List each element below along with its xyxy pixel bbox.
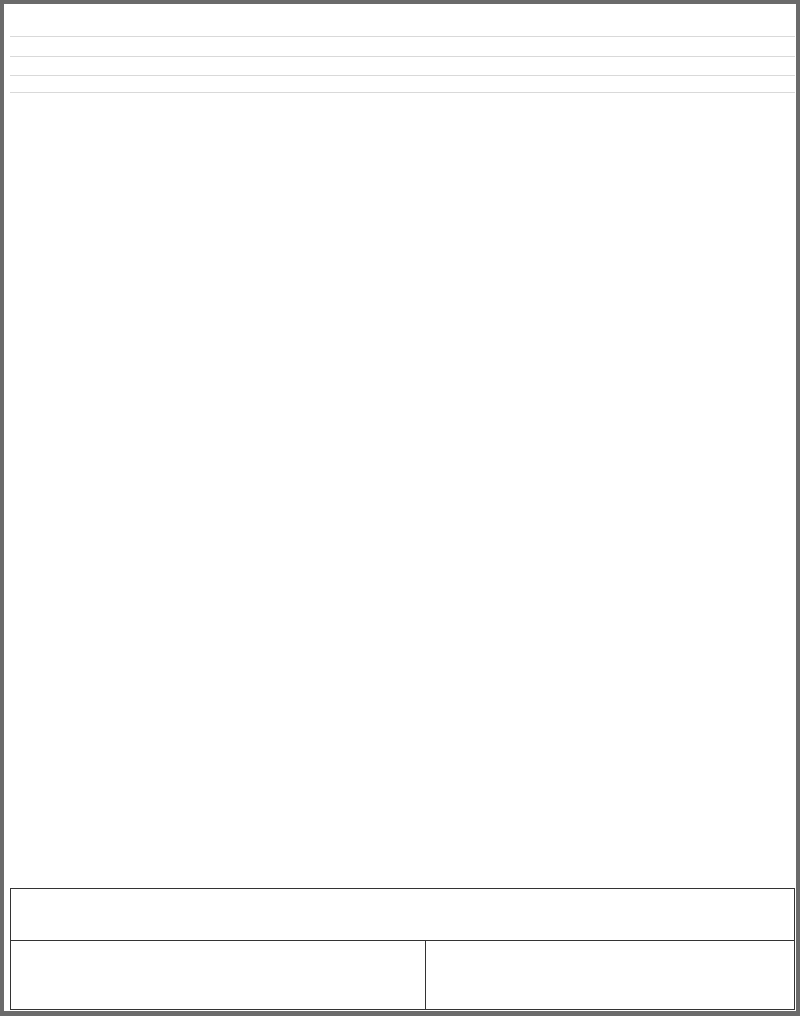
taxpayer-name-input[interactable] <box>100 76 610 92</box>
header-services-ytd <box>703 129 795 144</box>
footer-left-box <box>10 940 426 1010</box>
gridline <box>10 36 795 37</box>
header-services-current <box>517 129 612 144</box>
image-frame <box>0 0 800 1016</box>
footer-right-box <box>425 940 795 1010</box>
gridline <box>10 92 795 93</box>
gridline <box>10 56 795 57</box>
statement-box <box>10 888 795 941</box>
section-3-label <box>10 836 101 854</box>
